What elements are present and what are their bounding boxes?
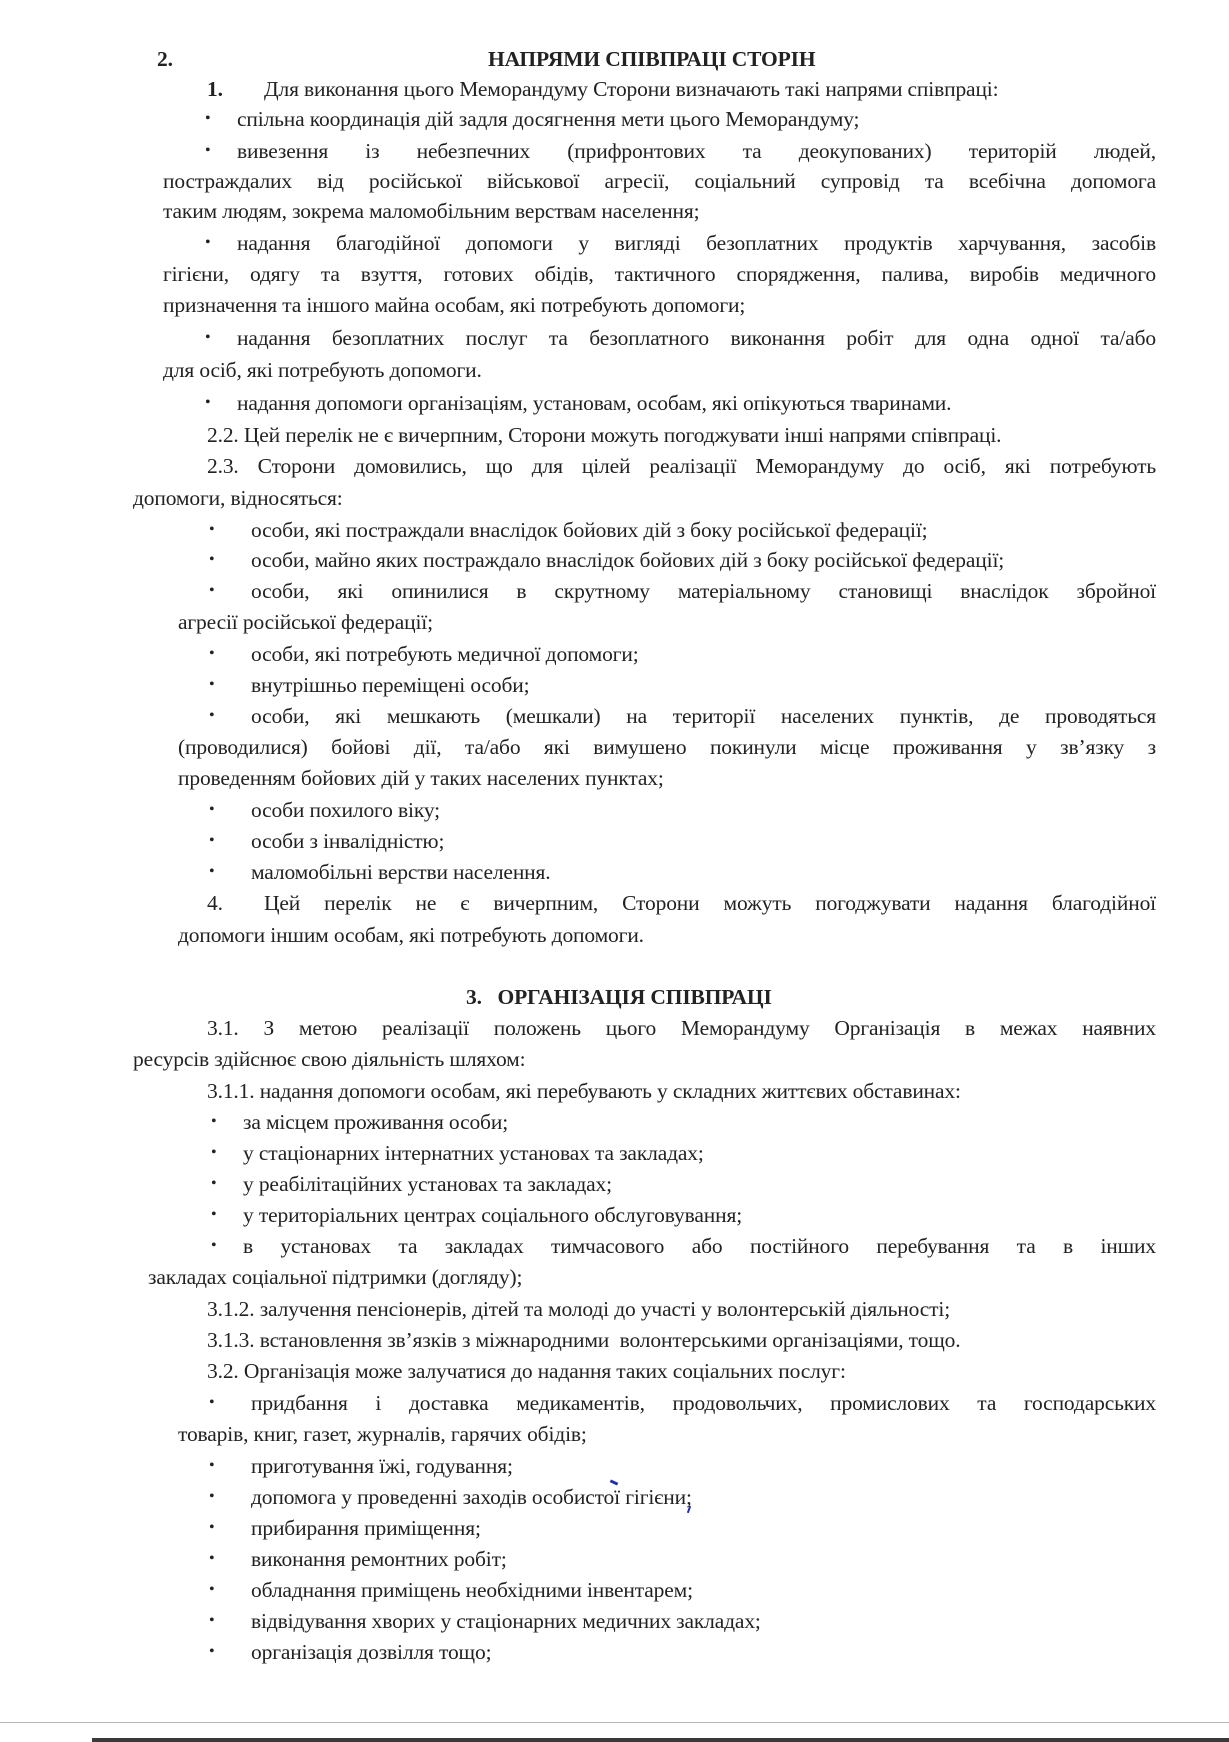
bullet-icon: • (209, 577, 215, 605)
bullet-icon: • (211, 1170, 217, 1198)
list-item: особи, які опинилися в скрутному матеріа… (251, 577, 1156, 605)
bullet-icon: • (209, 1483, 215, 1511)
list-item: допомога у проведенні заходів особистої … (251, 1483, 692, 1511)
list-item: прибирання приміщення; (251, 1514, 481, 1542)
list-item: за місцем проживання особи; (243, 1108, 508, 1136)
list-item: надання безоплатних послуг та безоплатно… (237, 324, 1156, 352)
paragraph-line: Для виконання цього Меморандуму Сторони … (264, 75, 998, 103)
bullet-icon: • (211, 1232, 217, 1260)
section-number: 2. (157, 45, 173, 73)
list-item: в установах та закладах тимчасового або … (243, 1232, 1156, 1260)
bullet-icon: • (205, 324, 211, 352)
list-item-cont: (проводилися) бойові дії, та/або які вим… (178, 733, 1156, 761)
list-item-cont: проведенням бойових дій у таких населени… (178, 764, 664, 792)
bullet-icon: • (205, 389, 211, 417)
list-item-cont: агресії російської федерації; (178, 608, 433, 636)
list-item: особи, які мешкають (мешкали) на територ… (251, 702, 1156, 730)
bullet-icon: • (209, 640, 215, 668)
bullet-icon: • (209, 1607, 215, 1635)
bullet-icon: • (205, 229, 211, 257)
list-item-cont: товарів, книг, газет, журналів, гарячих … (178, 1420, 587, 1448)
item-number: 4. (207, 889, 223, 917)
list-item: особи, майно яких постраждало внаслідок … (251, 546, 1004, 574)
paragraph-line: допомоги іншим особам, які потребують до… (178, 921, 644, 949)
list-item: приготування їжі, годування; (251, 1452, 513, 1480)
paragraph-line: Цей перелік не є вичерпним, Сторони можу… (264, 889, 1156, 917)
list-item-cont: призначення та іншого майна особам, які … (163, 291, 745, 319)
bullet-icon: • (209, 796, 215, 824)
bullet-icon: • (205, 137, 211, 165)
list-item: придбання і доставка медикаментів, продо… (251, 1389, 1156, 1417)
list-item: надання допомоги організаціям, установам… (237, 389, 951, 417)
bullet-icon: • (209, 1545, 215, 1573)
bullet-icon: • (209, 858, 215, 886)
list-item: обладнання приміщень необхідними інвента… (251, 1576, 693, 1604)
list-item: надання благодійної допомоги у вигляді б… (237, 229, 1156, 257)
page-bottom-edge (0, 1722, 1229, 1723)
bullet-icon: • (209, 827, 215, 855)
paragraph-line: 3.1.2. залучення пенсіонерів, дітей та м… (207, 1295, 950, 1323)
bullet-icon: • (209, 1638, 215, 1666)
bullet-icon: • (211, 1108, 217, 1136)
list-item: у територіальних центрах соціального обс… (243, 1201, 742, 1229)
list-item: вивезення із небезпечних (прифронтових т… (237, 137, 1156, 165)
list-item: спільна координація дій задля досягнення… (237, 105, 859, 133)
bullet-icon: • (211, 1201, 217, 1229)
list-item: особи з інвалідністю; (251, 827, 444, 855)
list-item-cont: для осіб, які потребують допомоги. (163, 356, 482, 384)
bullet-icon: • (209, 1514, 215, 1542)
section-title: 3. ОРГАНІЗАЦІЯ СПІВПРАЦІ (466, 983, 772, 1011)
list-item: особи, які потребують медичної допомоги; (251, 640, 639, 668)
bullet-icon: • (209, 546, 215, 574)
list-item: у реабілітаційних установах та закладах; (243, 1170, 612, 1198)
bullet-icon: • (209, 671, 215, 699)
bullet-icon: • (209, 702, 215, 730)
paragraph-line: 2.2. Цей перелік не є вичерпним, Сторони… (207, 421, 1001, 449)
document-page: 2. НАПРЯМИ СПІВПРАЦІ СТОРІН 1. Для викон… (0, 0, 1229, 1742)
section-title: НАПРЯМИ СПІВПРАЦІ СТОРІН (488, 45, 815, 73)
list-item: особи, які постраждали внаслідок бойових… (251, 516, 927, 544)
list-item-cont: закладах соціальної підтримки (догляду); (148, 1263, 522, 1291)
paragraph-line: допомоги, відносяться: (133, 484, 343, 512)
bullet-icon: • (209, 1452, 215, 1480)
paragraph-line: 2.3. Сторони домовились, що для цілей ре… (207, 452, 1156, 480)
bullet-icon: • (209, 516, 215, 544)
paragraph-line: ресурсів здійснює свою діяльність шляхом… (133, 1045, 525, 1073)
paragraph-line: 3.2. Організація може залучатися до нада… (207, 1357, 846, 1385)
list-item: маломобільні верстви населення. (251, 858, 551, 886)
list-item: відвідування хворих у стаціонарних медич… (251, 1607, 761, 1635)
scan-border-bar (92, 1738, 1229, 1742)
list-item-cont: постраждалих від російської військової а… (163, 167, 1156, 195)
bullet-icon: • (209, 1576, 215, 1604)
paragraph-line: 3.1.1. надання допомоги особам, які пере… (207, 1077, 961, 1105)
bullet-icon: • (211, 1139, 217, 1167)
list-item-cont: гігієни, одягу та взуття, готових обідів… (163, 260, 1156, 288)
paragraph-line: 3.1.3. встановлення зв’язків з міжнародн… (207, 1326, 960, 1354)
list-item: організація дозвілля тощо; (251, 1638, 491, 1666)
item-number: 1. (207, 75, 223, 103)
bullet-icon: • (205, 105, 211, 133)
paragraph-line: 3.1. З метою реалізації положень цього М… (207, 1014, 1156, 1042)
list-item: особи похилого віку; (251, 796, 440, 824)
list-item-cont: таким людям, зокрема маломобільним верст… (163, 197, 699, 225)
list-item: виконання ремонтних робіт; (251, 1545, 507, 1573)
list-item: у стаціонарних інтернатних установах та … (243, 1139, 704, 1167)
bullet-icon: • (209, 1389, 215, 1417)
list-item: внутрішньо переміщені особи; (251, 671, 529, 699)
